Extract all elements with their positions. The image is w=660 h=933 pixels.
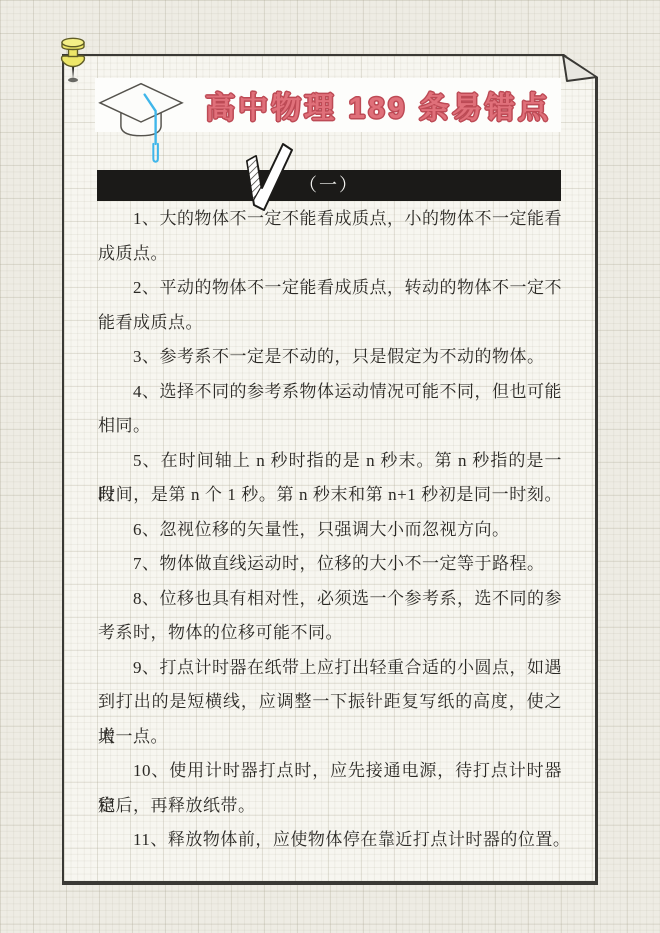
paper-sheet: 高中物理 189 条易错点 （一） 1、大的物体不一定不能看成质点，小的物体不一… [62, 54, 598, 885]
list-item-line: 大一点。 [98, 720, 562, 755]
list-item-line: 到打出的是短横线，应调整一下振针距复写纸的高度，使之增 [98, 685, 562, 720]
list-item-line: 1、大的物体不一定不能看成质点，小的物体不一定能看 [98, 202, 562, 237]
list-item-line: 5、在时间轴上 n 秒时指的是 n 秒末。第 n 秒指的是一段 [98, 444, 562, 479]
section-bar: （一） [97, 170, 561, 201]
desk-background: 高中物理 189 条易错点 （一） 1、大的物体不一定不能看成质点，小的物体不一… [0, 0, 660, 933]
list-item-line: 6、忽视位移的矢量性，只强调大小而忽视方向。 [98, 513, 562, 548]
list-item-line: 考系时，物体的位移可能不同。 [98, 616, 562, 651]
section-label: （一） [299, 170, 359, 201]
list-item-line: 8、位移也具有相对性，必须选一个参考系，选不同的参 [98, 582, 562, 617]
list-item-line: 3、参考系不一定是不动的，只是假定为不动的物体。 [98, 340, 562, 375]
list-item-line: 2、平动的物体不一定能看成质点，转动的物体不一定不 [98, 271, 562, 306]
list-item-line: 能看成质点。 [98, 306, 562, 341]
list-item-line: 10、使用计时器打点时，应先接通电源，待打点计时器稳 [98, 754, 562, 789]
page-title: 高中物理 189 条易错点 [195, 83, 561, 127]
list-item-line: 相同。 [98, 409, 562, 444]
list-item-line: 4、选择不同的参考系物体运动情况可能不同，但也可能 [98, 375, 562, 410]
list-item-line: 9、打点计时器在纸带上应打出轻重合适的小圆点，如遇 [98, 651, 562, 686]
pushpin-icon [55, 36, 91, 84]
mistake-list: 1、大的物体不一定不能看成质点，小的物体不一定能看 成质点。 2、平动的物体不一… [98, 202, 562, 858]
list-item-line: 成质点。 [98, 237, 562, 272]
list-item-line: 时间，是第 n 个 1 秒。第 n 秒末和第 n+1 秒初是同一时刻。 [98, 478, 562, 513]
graduation-cap-icon [97, 80, 185, 164]
list-item-line: 定后，再释放纸带。 [98, 789, 562, 824]
list-item-line: 11、释放物体前，应使物体停在靠近打点计时器的位置。 [98, 823, 562, 858]
folded-corner-icon [560, 53, 602, 85]
title-banner: 高中物理 189 条易错点 [95, 78, 561, 132]
checkmark-icon [232, 141, 294, 211]
list-item-line: 7、物体做直线运动时，位移的大小不一定等于路程。 [98, 547, 562, 582]
